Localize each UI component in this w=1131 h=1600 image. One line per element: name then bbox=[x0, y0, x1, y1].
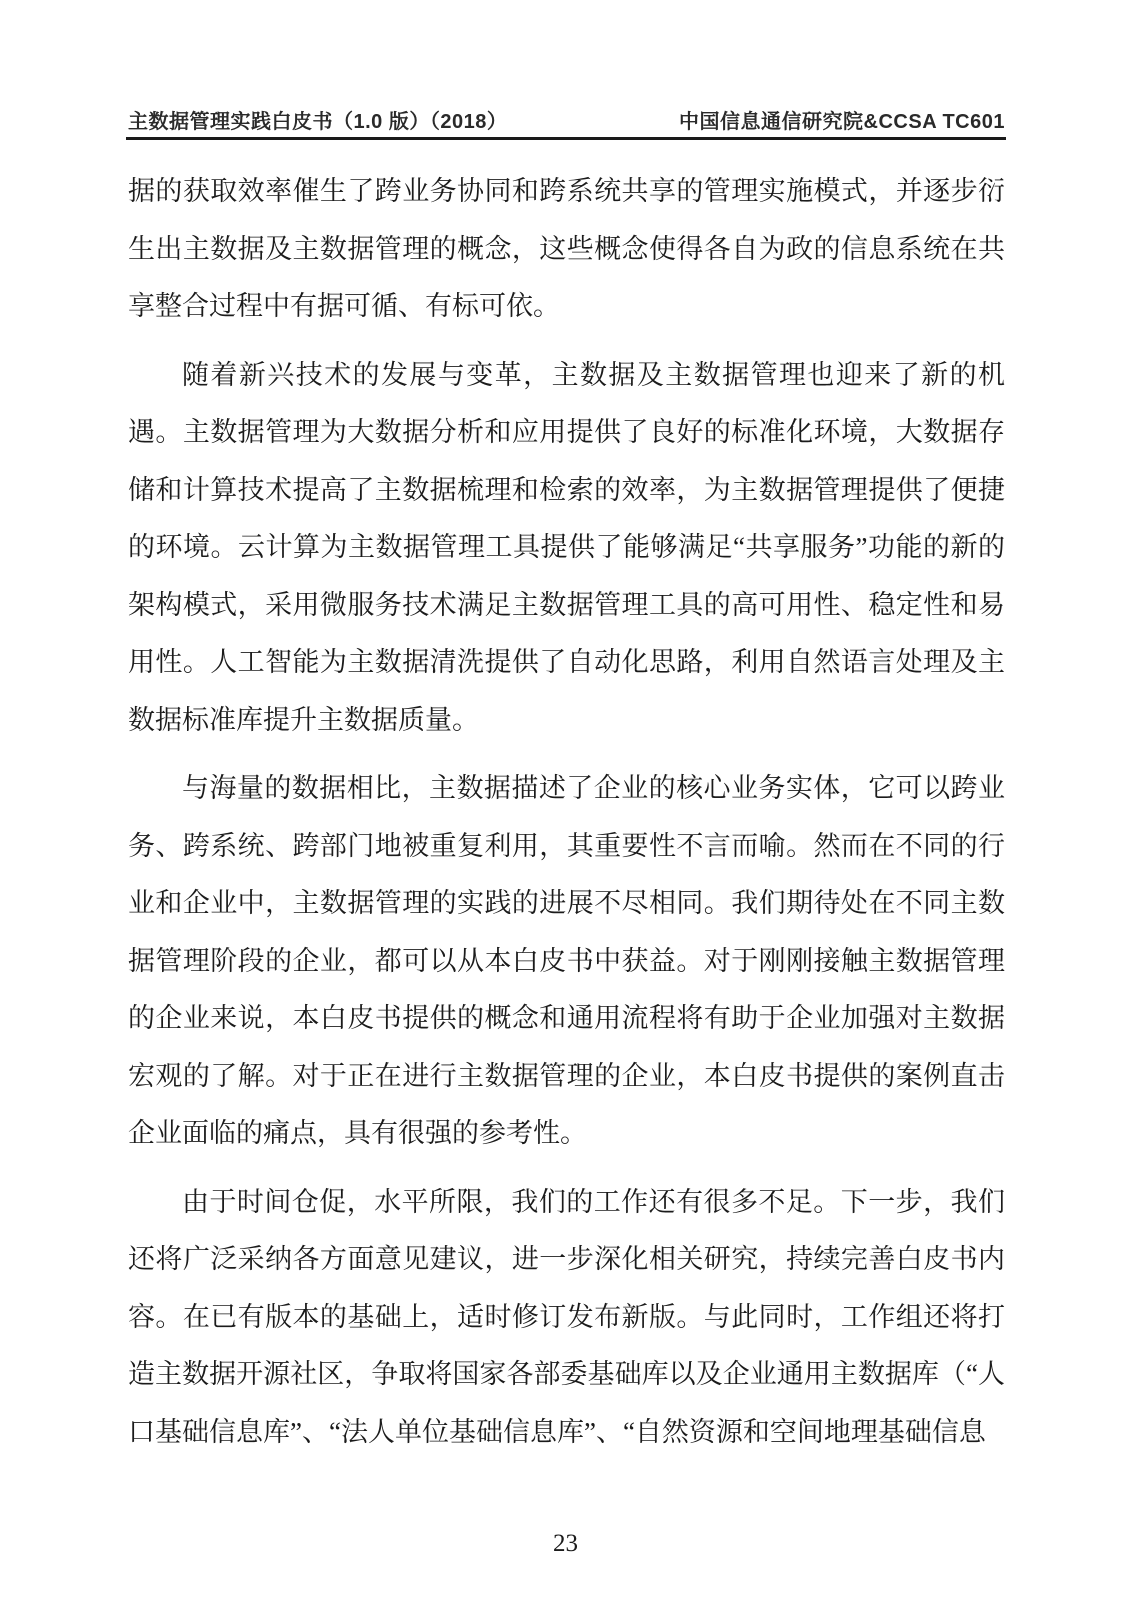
header-organization: 中国信息通信研究院&CCSA TC601 bbox=[679, 105, 1005, 134]
page-number: 23 bbox=[553, 1530, 578, 1557]
paragraph-3: 与海量的数据相比，主数据描述了企业的核心业务实体，它可以跨业务、跨系统、跨部门地… bbox=[128, 760, 1005, 1163]
paragraph-1: 据的获取效率催生了跨业务协同和跨系统共享的管理实施模式，并逐步衍生出主数据及主数… bbox=[128, 163, 1005, 336]
header-document-title: 主数据管理实践白皮书（1.0 版）（2018） bbox=[128, 105, 507, 134]
paragraph-2: 随着新兴技术的发展与变革，主数据及主数据管理也迎来了新的机遇。主数据管理为大数据… bbox=[128, 347, 1005, 750]
paragraph-4: 由于时间仓促，水平所限，我们的工作还有很多不足。下一步，我们还将广泛采纳各方面意… bbox=[128, 1174, 1005, 1462]
header-divider bbox=[126, 137, 1006, 140]
page-header: 主数据管理实践白皮书（1.0 版）（2018） 中国信息通信研究院&CCSA T… bbox=[128, 102, 1005, 134]
document-body: 据的获取效率催生了跨业务协同和跨系统共享的管理实施模式，并逐步衍生出主数据及主数… bbox=[128, 163, 1005, 1472]
document-page: 主数据管理实践白皮书（1.0 版）（2018） 中国信息通信研究院&CCSA T… bbox=[0, 0, 1131, 1600]
page-footer: 23 bbox=[0, 1530, 1131, 1558]
